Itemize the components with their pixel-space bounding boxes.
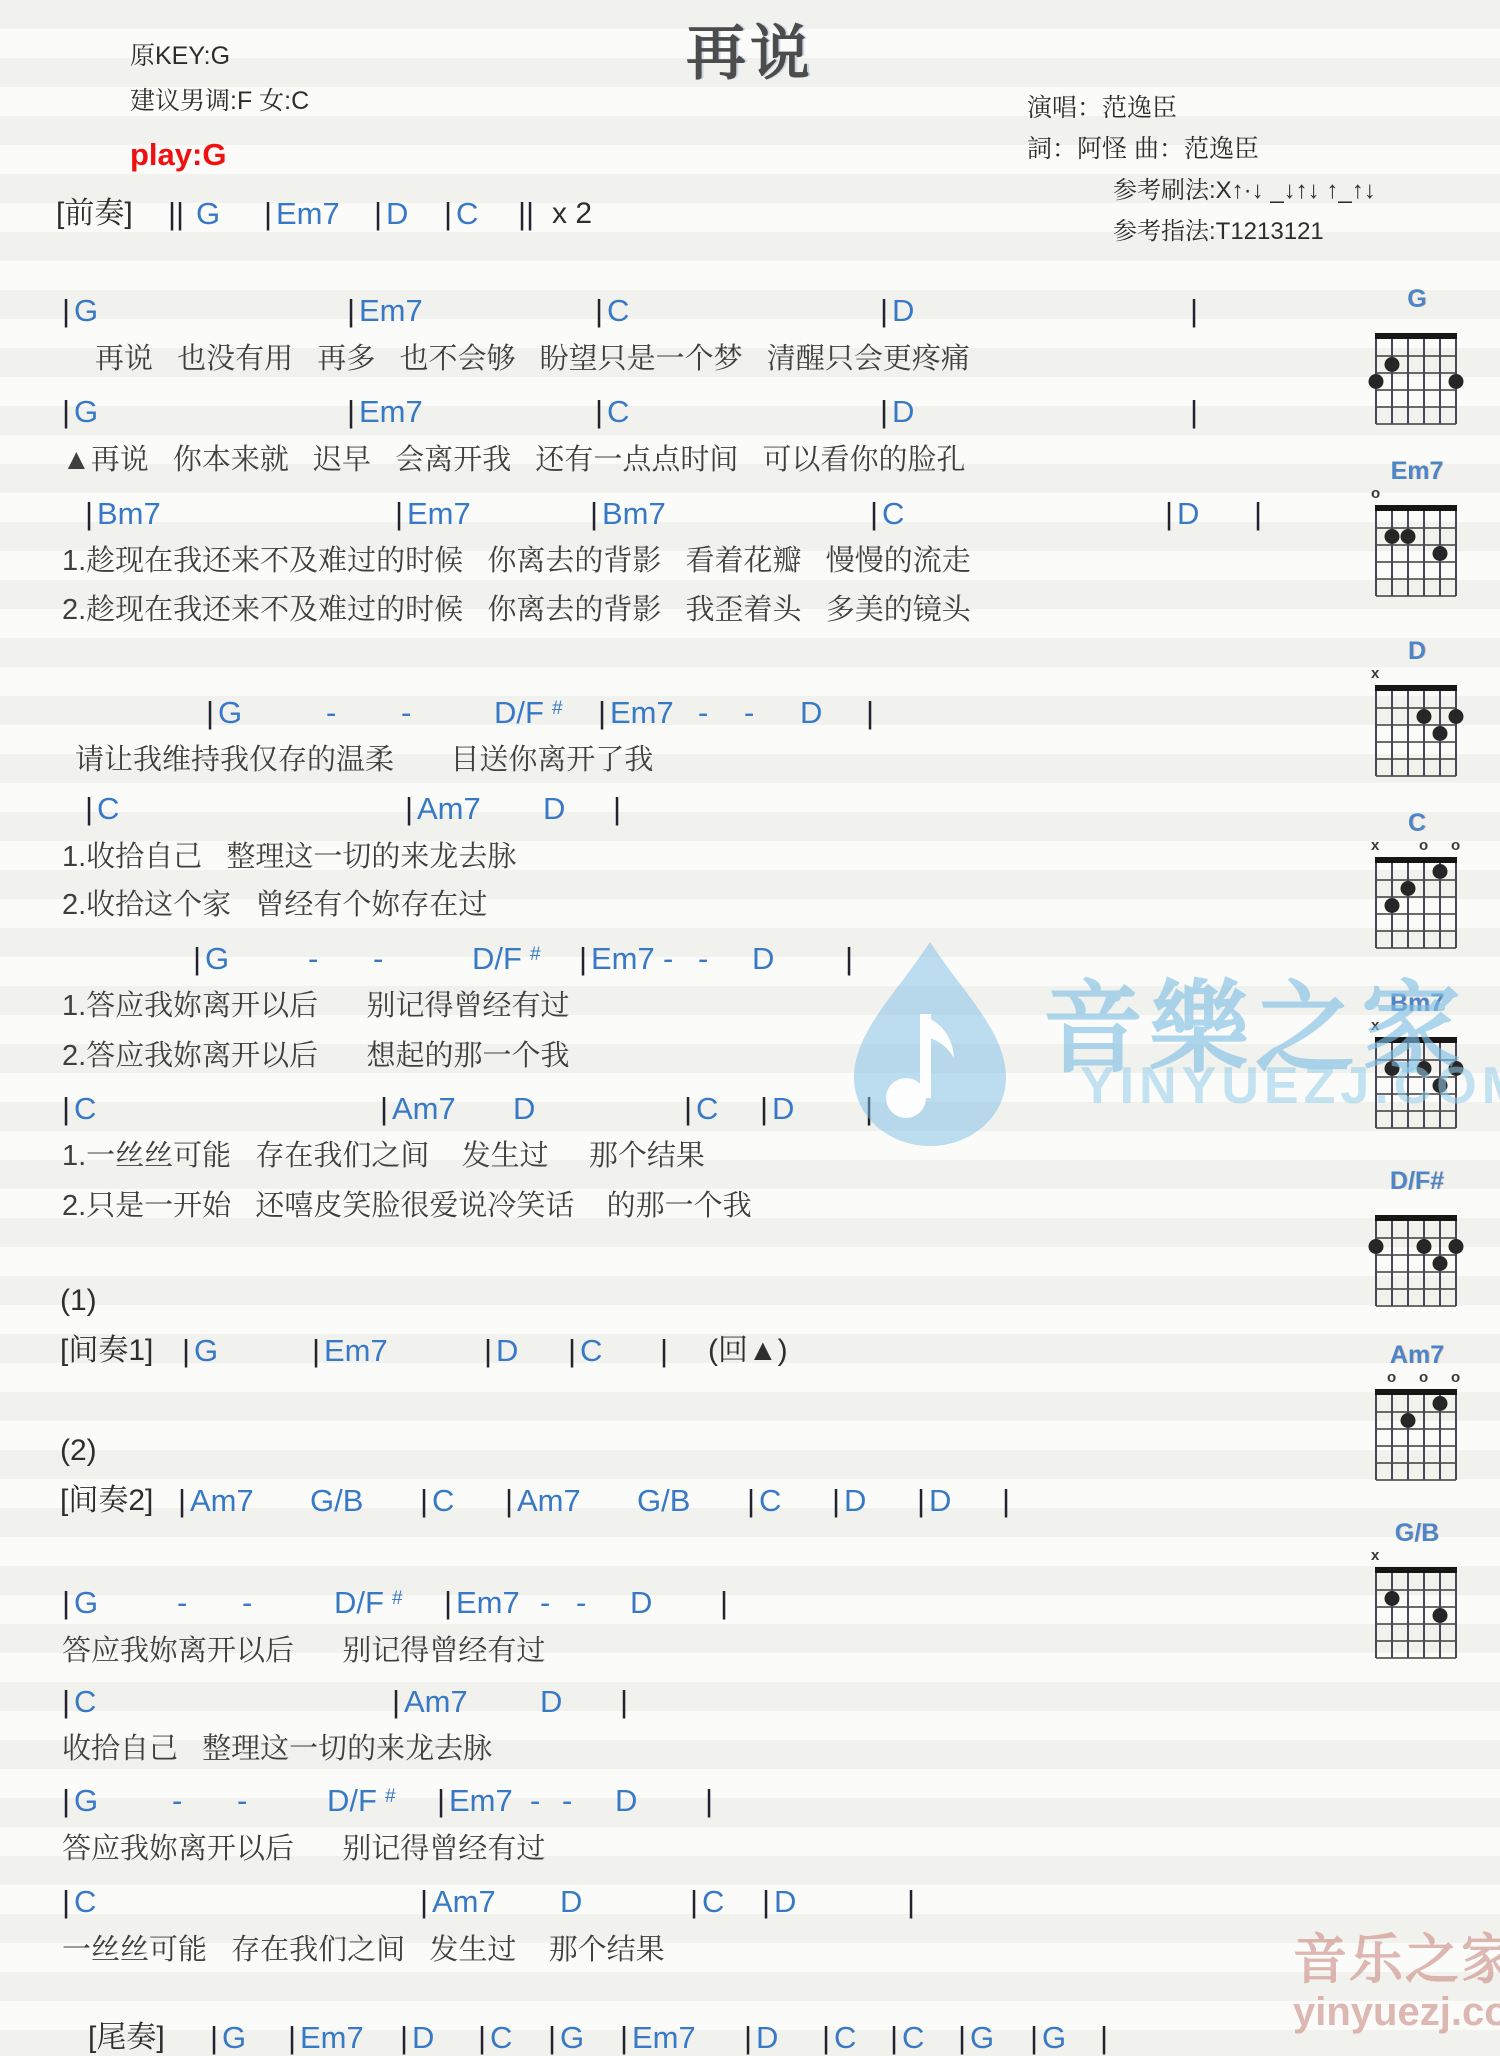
- bar-token: |: [880, 394, 888, 430]
- bar-token: |: [347, 293, 355, 329]
- bar-token: |: [420, 1884, 428, 1920]
- dash-token: -: [744, 695, 754, 731]
- bar-token: |: [870, 496, 878, 532]
- chord-token: Em7: [449, 1783, 513, 1819]
- fretboard-grid: [1368, 1037, 1466, 1131]
- bar-token: |: [598, 695, 606, 731]
- chord-diagram-g: G: [1352, 284, 1482, 427]
- chord-token: G: [196, 196, 220, 232]
- lyric-token: 一丝丝可能 存在我们之间 发生过 那个结果: [62, 1932, 665, 1968]
- writer-credit: 詞：阿怪 曲：范逸臣: [1027, 129, 1376, 170]
- corner-watermark: 音乐之家 yinyuezj.com: [1293, 1930, 1500, 2035]
- dash-token: -: [698, 695, 708, 731]
- chord-token: Am7: [392, 1091, 456, 1127]
- bar-token: |: [1190, 293, 1198, 329]
- bar-token: |: [620, 2020, 628, 2056]
- fingering-pattern: 参考指法:T1213121: [1113, 211, 1376, 252]
- lyric-token: 2.答应我妳离开以后 想起的那一个我: [62, 1038, 570, 1074]
- bar-token: |: [85, 496, 93, 532]
- open-mute-markers: x: [1368, 1018, 1466, 1037]
- chord-token: D: [386, 196, 408, 232]
- dash-token: -: [242, 1585, 252, 1621]
- lyric-token: ▲再说 你本来就 迟早 会离开我 还有一点点时间 可以看你的脸孔: [62, 442, 966, 478]
- bar-token: |: [720, 1585, 728, 1621]
- chord-token: C: [432, 1483, 454, 1519]
- chord-token: D: [513, 1091, 535, 1127]
- open-mute-markers: [1368, 1196, 1466, 1215]
- chord-token: D: [1177, 496, 1199, 532]
- chord-token: C: [74, 1091, 96, 1127]
- chord-token: D: [772, 1091, 794, 1127]
- bar-token: |: [684, 1091, 692, 1127]
- bar-token: |: [880, 293, 888, 329]
- chord-token: Em7: [359, 394, 423, 430]
- chord-token: G: [970, 2020, 994, 2056]
- open-string-marker: o: [1419, 1370, 1428, 1386]
- bar-token: |: [288, 2020, 296, 2056]
- bar-token: |: [400, 2020, 408, 2056]
- chord-diagram-am7: Am7ooo: [1352, 1340, 1482, 1483]
- dash-token: -: [698, 941, 708, 977]
- bar-token: |: [620, 1684, 628, 1720]
- chord-token: D/F: [334, 1585, 384, 1621]
- bar-token: |: [62, 293, 70, 329]
- lyric-token: 1.收拾自己 整理这一切的来龙去脉: [62, 839, 516, 875]
- lyric-token: 答应我妳离开以后 别记得曾经有过: [62, 1831, 545, 1867]
- chord-token: D: [540, 1684, 562, 1720]
- dash-token: -: [530, 1783, 540, 1819]
- bar-token: |: [420, 1483, 428, 1519]
- chord-token: D/F: [472, 941, 522, 977]
- chord-token: Em7: [632, 2020, 696, 2056]
- bar-token: |: [917, 1483, 925, 1519]
- chord-diagram-em7: Em7o: [1352, 456, 1482, 599]
- muted-string-marker: x: [1371, 1018, 1379, 1034]
- chord-token: G: [74, 394, 98, 430]
- chord-token: C: [456, 196, 478, 232]
- lyric-token: 收拾自己 整理这一切的来龙去脉: [62, 1731, 492, 1767]
- bar-token: |: [62, 1585, 70, 1621]
- dash-token: -: [576, 1585, 586, 1621]
- chord-token: D: [752, 941, 774, 977]
- bar-token: |: [380, 1091, 388, 1127]
- bar-token: |: [744, 2020, 752, 2056]
- bar-token: |: [595, 394, 603, 430]
- bar-token: |: [890, 2020, 898, 2056]
- song-title: 再说: [0, 6, 1500, 92]
- chord-token: Em7: [359, 293, 423, 329]
- dash-token: -: [663, 941, 673, 977]
- guitar-chord-sheet: 原KEY:G 建议男调:F 女:C play:G 再说 演唱：范逸臣 詞：阿怪 …: [0, 0, 1500, 2056]
- bar-token: |: [193, 941, 201, 977]
- bar-token: |: [690, 1884, 698, 1920]
- bar-token: |: [444, 1585, 452, 1621]
- chord-token: G: [74, 1585, 98, 1621]
- chord-token: Em7: [276, 196, 340, 232]
- bar-token: |: [866, 695, 874, 731]
- chord-token: G: [205, 941, 229, 977]
- lyric-token: 1.趁现在我还来不及难过的时候 你离去的背影 看着花瓣 慢慢的流走: [62, 543, 971, 579]
- lyric-token: 再说 也没有用 再多 也不会够 盼望只是一个梦 清醒只会更疼痛: [95, 341, 970, 377]
- chord-token: G: [74, 1783, 98, 1819]
- bar-token: |: [395, 496, 403, 532]
- chord-token: D: [756, 2020, 778, 2056]
- chord-diagram-gb: G/Bx: [1352, 1518, 1482, 1661]
- dash-token: -: [177, 1585, 187, 1621]
- chord-token: D: [412, 2020, 434, 2056]
- bar-token: |: [595, 293, 603, 329]
- muted-string-marker: x: [1371, 666, 1379, 682]
- muted-string-marker: x: [1371, 838, 1379, 854]
- open-mute-markers: [1368, 314, 1466, 333]
- sup-token: #: [552, 691, 563, 727]
- strum-pattern: 参考刷法:X↑·↓ _↓↑↓ ↑_↑↓: [1113, 170, 1376, 211]
- bar-token: |: [312, 1333, 320, 1369]
- lyric-token: 2.趁现在我还来不及难过的时候 你离去的背影 我歪着头 多美的镜头: [62, 592, 971, 628]
- chord-token: C: [74, 1684, 96, 1720]
- chord-token: C: [882, 496, 904, 532]
- chord-token: C: [902, 2020, 924, 2056]
- bar-token: |: [405, 791, 413, 827]
- bar-token: |: [85, 791, 93, 827]
- chord-token: Am7: [517, 1483, 581, 1519]
- chord-token: G: [74, 293, 98, 329]
- open-string-marker: o: [1387, 1370, 1396, 1386]
- plain-token: [尾奏]: [88, 2020, 165, 2056]
- chord-token: C: [759, 1483, 781, 1519]
- open-mute-markers: x: [1368, 666, 1466, 685]
- bar-token: |: [568, 1333, 576, 1369]
- open-mute-markers: xoo: [1368, 838, 1466, 857]
- open-string-marker: o: [1451, 1370, 1460, 1386]
- chord-token: D: [630, 1585, 652, 1621]
- chord-token: G: [194, 1333, 218, 1369]
- chord-token: Em7: [324, 1333, 388, 1369]
- chord-token: C: [702, 1884, 724, 1920]
- chord-diagram-label: Am7: [1352, 1340, 1482, 1370]
- plain-token: [间奏2]: [60, 1483, 153, 1519]
- bar-token: |: [62, 1884, 70, 1920]
- bar-token: |: [478, 2020, 486, 2056]
- chord-token: Em7: [407, 496, 471, 532]
- chord-token: Em7: [591, 941, 655, 977]
- bar-token: |: [392, 1684, 400, 1720]
- bar-token: |: [705, 1783, 713, 1819]
- chord-diagram-c: Cxoo: [1352, 808, 1482, 951]
- chord-token: Am7: [404, 1684, 468, 1720]
- bar-token: |: [1190, 394, 1198, 430]
- bar-token: |: [1030, 2020, 1038, 2056]
- plain-token: (回▲): [708, 1333, 788, 1369]
- bar-token: |: [1254, 496, 1262, 532]
- chord-diagram-label: Bm7: [1352, 988, 1482, 1018]
- chord-token: D: [892, 293, 914, 329]
- chord-diagram-d: Dx: [1352, 636, 1482, 779]
- credits-block: 演唱：范逸臣 詞：阿怪 曲：范逸臣 参考刷法:X↑·↓ _↓↑↓ ↑_↑↓ 参考…: [1027, 88, 1376, 252]
- chord-diagram-label: D/F#: [1352, 1166, 1482, 1196]
- dash-token: -: [401, 695, 411, 731]
- dash-token: -: [562, 1783, 572, 1819]
- bar-token: |: [1100, 2020, 1108, 2056]
- chord-token: C: [696, 1091, 718, 1127]
- fretboard-grid: [1368, 857, 1466, 951]
- chord-token: D: [892, 394, 914, 430]
- chord-token: Em7: [300, 2020, 364, 2056]
- corner-watermark-brand: 音乐之家: [1293, 1930, 1500, 1990]
- plain-token: [间奏1]: [60, 1333, 153, 1369]
- lyric-token: 请让我维持我仅存的温柔 目送你离开了我: [75, 742, 653, 778]
- bar-token: |: [613, 791, 621, 827]
- chord-token: Bm7: [97, 496, 161, 532]
- chord-token: Bm7: [602, 496, 666, 532]
- dash-token: -: [308, 941, 318, 977]
- bar-token: |: [484, 1333, 492, 1369]
- muted-string-marker: x: [1371, 1548, 1379, 1564]
- chord-token: D/F: [327, 1783, 377, 1819]
- bar-token: |: [437, 1783, 445, 1819]
- chord-token: C: [834, 2020, 856, 2056]
- bar-token: |: [762, 1884, 770, 1920]
- fretboard-grid: [1368, 505, 1466, 599]
- chord-token: D: [844, 1483, 866, 1519]
- lyric-token: 2.只是一开始 还嘻皮笑脸很爱说冷笑话 的那一个我: [62, 1188, 752, 1224]
- corner-watermark-domain: yinyuezj.com: [1293, 1990, 1500, 2035]
- bar-token: |: [660, 1333, 668, 1369]
- open-mute-markers: o: [1368, 486, 1466, 505]
- open-string-marker: o: [1451, 838, 1460, 854]
- fretboard-grid: [1368, 1567, 1466, 1661]
- bar-token: |: [264, 196, 272, 232]
- lyric-token: 答应我妳离开以后 别记得曾经有过: [62, 1633, 545, 1669]
- dash-token: -: [326, 695, 336, 731]
- fretboard-grid: [1368, 333, 1466, 427]
- open-string-marker: o: [1371, 486, 1380, 502]
- bar-token: |: [505, 1483, 513, 1519]
- fretboard-grid: [1368, 685, 1466, 779]
- chord-token: D/F: [494, 695, 544, 731]
- bar-token: ||: [518, 196, 534, 232]
- bar-token: |: [347, 394, 355, 430]
- bar-token: |: [907, 1884, 915, 1920]
- chord-token: D: [774, 1884, 796, 1920]
- chord-token: D: [496, 1333, 518, 1369]
- bar-token: |: [822, 2020, 830, 2056]
- fretboard-grid: [1368, 1215, 1466, 1309]
- dash-token: -: [172, 1783, 182, 1819]
- bar-token: |: [747, 1483, 755, 1519]
- chord-token: C: [607, 293, 629, 329]
- chord-token: D: [800, 695, 822, 731]
- dash-token: -: [373, 941, 383, 977]
- bar-token: |: [832, 1483, 840, 1519]
- chord-diagram-bm7: Bm7x: [1352, 988, 1482, 1131]
- bar-token: |: [590, 496, 598, 532]
- chord-token: C: [607, 394, 629, 430]
- open-mute-markers: ooo: [1368, 1370, 1466, 1389]
- bar-token: |: [579, 941, 587, 977]
- chord-diagram-label: D: [1352, 636, 1482, 666]
- bar-token: |: [62, 1783, 70, 1819]
- chord-token: G/B: [310, 1483, 363, 1519]
- bar-token: |: [760, 1091, 768, 1127]
- plain-token: x 2: [552, 196, 592, 232]
- open-mute-markers: x: [1368, 1548, 1466, 1567]
- dash-token: -: [540, 1585, 550, 1621]
- play-key: play:G: [130, 132, 309, 177]
- singer-credit: 演唱：范逸臣: [1027, 88, 1376, 129]
- sup-token: #: [385, 1779, 396, 1815]
- chord-token: G: [218, 695, 242, 731]
- chord-token: C: [490, 2020, 512, 2056]
- lyric-token: 1.答应我妳离开以后 别记得曾经有过: [62, 988, 570, 1024]
- chord-diagram-label: G: [1352, 284, 1482, 314]
- bar-token: |: [548, 2020, 556, 2056]
- chord-token: Em7: [456, 1585, 520, 1621]
- chord-token: G: [1042, 2020, 1066, 2056]
- bar-token: |: [444, 196, 452, 232]
- chord-token: Em7: [610, 695, 674, 731]
- chord-diagram-label: C: [1352, 808, 1482, 838]
- chord-token: D: [560, 1884, 582, 1920]
- lyric-token: 1.一丝丝可能 存在我们之间 发生过 那个结果: [62, 1138, 705, 1174]
- bar-token: |: [845, 941, 853, 977]
- bar-token: |: [62, 394, 70, 430]
- chord-token: C: [580, 1333, 602, 1369]
- chord-token: D: [929, 1483, 951, 1519]
- chord-diagram-label: Em7: [1352, 456, 1482, 486]
- bar-token: |: [62, 1684, 70, 1720]
- chord-diagram-df: D/F#: [1352, 1166, 1482, 1309]
- bar-token: |: [206, 695, 214, 731]
- bar-token: |: [865, 1091, 873, 1127]
- plain-token: [前奏]: [56, 196, 133, 232]
- music-note-icon: [830, 938, 1030, 1155]
- plain-token: (1): [60, 1283, 97, 1319]
- chord-token: C: [74, 1884, 96, 1920]
- chord-token: C: [97, 791, 119, 827]
- chord-token: D: [543, 791, 565, 827]
- fretboard-grid: [1368, 1389, 1466, 1483]
- open-string-marker: o: [1419, 838, 1428, 854]
- plain-token: (2): [60, 1433, 97, 1469]
- chord-token: G: [222, 2020, 246, 2056]
- chord-token: G/B: [637, 1483, 690, 1519]
- chord-diagram-label: G/B: [1352, 1518, 1482, 1548]
- chord-token: D: [615, 1783, 637, 1819]
- sup-token: #: [530, 937, 541, 973]
- chord-token: Am7: [432, 1884, 496, 1920]
- bar-token: |: [1165, 496, 1173, 532]
- bar-token: |: [210, 2020, 218, 2056]
- bar-token: |: [1002, 1483, 1010, 1519]
- bar-token: |: [374, 196, 382, 232]
- bar-token: |: [182, 1333, 190, 1369]
- bar-token: |: [958, 2020, 966, 2056]
- bar-token: |: [178, 1483, 186, 1519]
- bar-token: |: [62, 1091, 70, 1127]
- sup-token: #: [392, 1581, 403, 1617]
- dash-token: -: [237, 1783, 247, 1819]
- chord-token: Am7: [417, 791, 481, 827]
- lyric-token: 2.收拾这个家 曾经有个妳存在过: [62, 887, 487, 923]
- chord-token: Am7: [190, 1483, 254, 1519]
- chord-token: G: [560, 2020, 584, 2056]
- bar-token: ||: [168, 196, 184, 232]
